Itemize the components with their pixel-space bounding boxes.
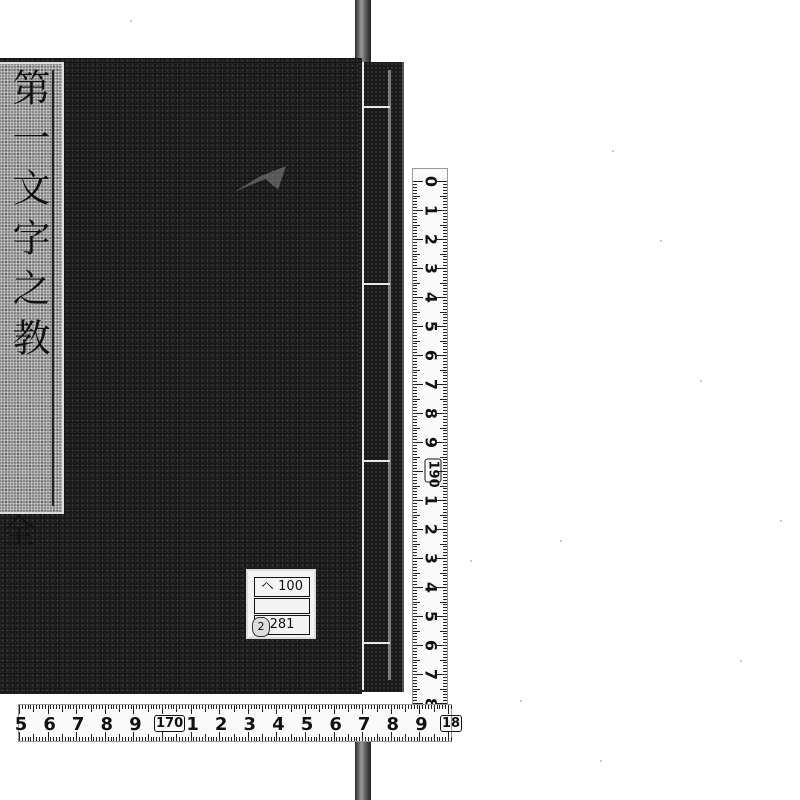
ruler-tick [193,737,194,741]
ruler-tick [413,462,417,463]
ruler-tick [431,737,432,741]
ruler-tick [451,737,452,741]
ruler-tick [443,474,447,475]
ruler-tick [428,705,429,709]
ruler-tick [413,213,417,214]
ruler-tick [314,705,315,709]
ruler-tick [274,737,275,741]
ruler-tick [413,575,417,576]
ruler-tick [443,390,447,391]
ruler-tick [413,262,417,263]
ruler-tick [413,439,417,440]
ruler-tick [413,283,420,284]
ruler-tick [440,660,447,661]
ruler-tick [133,705,134,714]
ruler-tick [156,705,157,709]
ruler-tick [28,705,29,709]
ruler-tick [443,564,447,565]
ruler-tick [413,633,417,634]
ruler-tick [142,737,143,741]
ruler-tick [413,552,417,553]
ruler-tick [413,567,417,568]
ruler-tick [176,705,177,712]
ruler-tick [443,483,447,484]
ruler-tick [443,459,447,460]
ruler-tick [443,416,447,417]
ruler-tick [65,737,66,741]
ruler-tick [413,358,417,359]
ruler-tick [413,422,417,423]
ruler-tick [156,737,157,741]
ruler-tick [33,734,34,741]
ruler-tick [413,689,420,690]
ruler-tick [443,303,447,304]
ruler-tick [105,705,106,714]
ruler-tick [413,256,417,257]
ruler-tick [443,636,447,637]
ruler-tick [108,737,109,741]
ruler-tick [443,332,447,333]
ruler-tick [413,520,417,521]
ruler-tick [443,187,447,188]
ruler-tick [171,737,172,741]
ruler-tick [440,399,447,400]
ruler-tick [413,216,417,217]
ruler-tick [413,483,417,484]
ruler-tick [50,737,51,741]
ruler-tick [443,512,447,513]
ruler-tick [59,737,60,741]
ruler-tick [185,705,186,709]
ruler-tick [413,573,420,574]
ruler-tick [413,581,417,582]
ruler-tick [371,705,372,709]
ruler-tick [443,622,447,623]
ruler-tick [413,306,417,307]
ruler-tick [413,396,417,397]
ruler-label: 8 [97,714,117,735]
ruler-tick [413,436,417,437]
ruler-tick [385,737,386,741]
ruler-tick [443,468,447,469]
ruler-tick [443,477,447,478]
ruler-tick [408,705,409,709]
ruler-tick [443,552,447,553]
ruler-tick [413,541,417,542]
ruler-tick [39,737,40,741]
ruler-tick [440,602,447,603]
ruler-tick [285,705,286,709]
ruler-tick [443,619,447,620]
ruler-tick [162,732,163,741]
ruler-tick [36,737,37,741]
ruler-tick [413,375,417,376]
ruler-tick [413,694,417,695]
ruler-tick [231,737,232,741]
binding-thread-stitch [362,283,390,285]
ruler-tick [148,734,149,741]
ruler-tick [413,352,417,353]
ruler-label: 6 [326,714,346,735]
ruler-tick [345,705,346,709]
ruler-tick [36,705,37,709]
ruler-tick [365,705,366,709]
ruler-tick [116,737,117,741]
paper-fleck [520,700,522,702]
ruler-label: 5 [11,714,31,735]
ruler-tick [22,705,23,709]
ruler-tick [79,705,80,709]
ruler-tick [311,705,312,709]
ruler-tick [413,561,417,562]
ruler-tick [402,705,403,709]
ruler-tick [91,705,92,712]
ruler-tick [443,233,447,234]
ruler-tick [413,370,420,371]
ruler-tick [440,341,447,342]
ruler-tick [443,248,447,249]
ruler-tick [65,705,66,709]
ruler-tick [225,705,226,709]
ruler-tick [413,291,417,292]
ruler-tick [153,705,154,709]
ruler-tick [413,488,417,489]
title-slip: 第一文字之教 全 [0,62,64,514]
ruler-tick [259,737,260,741]
ruler-tick [196,705,197,709]
ruler-tick [413,642,417,643]
ruler-tick [448,705,449,714]
ruler-tick [351,705,352,709]
ruler-tick [30,705,31,709]
ruler-tick [443,274,447,275]
ruler-tick [96,705,97,709]
ruler-tick [325,705,326,709]
ruler-tick [413,697,417,698]
vertical-ruler: 012345678919012345678 [412,168,448,708]
ruler-tick [251,737,252,741]
ruler-tick [443,222,447,223]
ruler-tick [428,737,429,741]
ruler-tick [99,737,100,741]
ruler-tick [397,705,398,709]
ruler-tick [443,285,447,286]
ruler-tick [443,216,447,217]
ruler-tick [76,705,77,714]
ruler-tick [443,526,447,527]
ruler-tick [443,628,447,629]
ruler-tick [259,705,260,709]
ruler-tick [119,705,120,712]
ruler-tick [222,705,223,709]
ruler-tick [440,515,447,516]
ruler-tick [413,312,420,313]
paper-fleck [612,150,614,152]
ruler-label: 4 [268,714,288,735]
ruler-tick [413,538,417,539]
ruler-tick [68,737,69,741]
ruler-tick [388,737,389,741]
ruler-tick [228,705,229,709]
ruler-tick [413,471,423,472]
ruler-tick [53,737,54,741]
ruler-tick [342,705,343,709]
ruler-tick [443,204,447,205]
ruler-tick [443,651,447,652]
ruler-tick [443,193,447,194]
ruler-tick [213,705,214,709]
ruler-tick [413,526,417,527]
ruler-tick [413,364,417,365]
ruler-tick [213,737,214,741]
ruler-tick [413,628,417,629]
ruler-tick [334,705,335,714]
ruler-tick [413,265,417,266]
ruler-tick [82,737,83,741]
ruler-tick [443,401,447,402]
binding-rod-bottom [355,742,371,800]
ruler-tick [271,737,272,741]
ruler-tick [443,433,447,434]
ruler-tick [443,662,447,663]
ruler-tick [443,280,447,281]
ruler-tick [440,457,447,458]
ruler-tick [242,705,243,709]
ruler-label: 7 [422,665,441,685]
ruler-tick [443,219,447,220]
ruler-tick [294,705,295,709]
ruler-tick [56,737,57,741]
ruler-tick [405,705,406,712]
ruler-tick [168,705,169,709]
ruler-tick [342,737,343,741]
ruler-tick [443,410,447,411]
ruler-tick [443,581,447,582]
ruler-tick [413,300,417,301]
ruler-tick [79,737,80,741]
ruler-tick [151,737,152,741]
ruler-label: 6 [422,346,441,366]
ruler-tick [413,410,417,411]
book-spine [358,62,404,692]
ruler-tick [136,737,137,741]
ruler-tick [128,737,129,741]
ruler-tick [443,677,447,678]
ruler-tick [165,737,166,741]
ruler-tick [443,532,447,533]
ruler-tick [325,737,326,741]
ruler-tick [328,737,329,741]
ruler-tick [413,631,420,632]
ruler-tick [443,648,447,649]
ruler-tick [42,737,43,741]
library-stamp-icon: 2 [252,617,270,637]
ruler-tick [279,737,280,741]
ruler-tick [45,705,46,709]
ruler-tick [331,737,332,741]
ruler-label: 3 [422,259,441,279]
ruler-tick [299,705,300,709]
ruler-tick [202,705,203,709]
ruler-tick [122,737,123,741]
ruler-tick [316,705,317,709]
ruler-tick [443,567,447,568]
ruler-tick [443,642,447,643]
ruler-tick [443,445,447,446]
ruler-tick [414,705,415,709]
ruler-tick [173,705,174,709]
ruler-tick [443,491,447,492]
ruler-tick [443,465,447,466]
ruler-tick [413,320,417,321]
ruler-tick [443,494,447,495]
ruler-tick [443,236,447,237]
ruler-tick [82,705,83,709]
ruler-tick [413,610,417,611]
ruler-tick [413,236,417,237]
ruler-tick [339,705,340,709]
ruler-tick [413,506,417,507]
ruler-tick [443,419,447,420]
ruler-tick [159,705,160,709]
ruler-tick [199,737,200,741]
ruler-tick [443,277,447,278]
ruler-tick [276,705,277,714]
ruler-tick [182,737,183,741]
ruler-tick [45,737,46,741]
ruler-tick [413,503,417,504]
ruler-tick [443,575,447,576]
book-title: 第一文字之教 [0,68,52,368]
ruler-tick [413,204,417,205]
ruler-tick [268,737,269,741]
ruler-tick [443,497,447,498]
ruler-tick [413,416,417,417]
ruler-tick [443,358,447,359]
ruler-tick [442,737,443,741]
ruler-tick [413,477,417,478]
ruler-tick [162,705,163,714]
ruler-tick [413,686,417,687]
ruler-tick [413,448,417,449]
ruler-tick [331,705,332,709]
ruler-tick [322,737,323,741]
ruler-tick [136,705,137,709]
ruler-tick [116,705,117,709]
ruler-tick [339,737,340,741]
ruler-tick [413,346,417,347]
ruler-tick [443,184,447,185]
ruler-tick [443,227,447,228]
ruler-tick [56,705,57,709]
ruler-tick [85,705,86,709]
ruler-tick [443,538,447,539]
ruler-tick [236,705,237,709]
ruler-tick [443,262,447,263]
ruler-tick [413,341,420,342]
ruler-tick [19,705,20,714]
ruler-tick [302,705,303,709]
ruler-tick [382,705,383,709]
paper-fleck [700,380,702,382]
ruler-label: 1 [422,491,441,511]
ruler-tick [413,338,417,339]
ruler-label: 5 [422,607,441,627]
ruler-tick [443,593,447,594]
ruler-tick [413,329,417,330]
ruler-tick [368,737,369,741]
ruler-tick [443,367,447,368]
ruler-tick [296,705,297,709]
ruler-tick [191,705,192,714]
ruler-label: 1 [422,201,441,221]
ruler-tick [228,737,229,741]
ruler-tick [443,520,447,521]
ruler-tick [413,349,417,350]
ruler-tick [70,705,71,709]
ruler-tick [102,705,103,709]
ruler-tick [414,737,415,741]
ruler-tick [413,622,417,623]
ruler-tick [413,433,417,434]
ruler-tick [142,705,143,709]
ruler-tick [356,737,357,741]
ruler-tick [443,509,447,510]
ruler-tick [413,497,417,498]
ruler-tick [443,448,447,449]
ruler-tick [437,737,438,741]
ruler-label: 4 [422,288,441,308]
ruler-tick [413,242,417,243]
ruler-tick [188,737,189,741]
ruler-tick [440,573,447,574]
ruler-tick [443,599,447,600]
ruler-tick [440,283,447,284]
ruler-tick [413,219,417,220]
ruler-tick [245,705,246,709]
ruler-tick [443,309,447,310]
ruler-tick [371,737,372,741]
ruler-tick [205,734,206,741]
ruler-tick [336,705,337,709]
ruler-tick [28,737,29,741]
ruler-tick [440,689,447,690]
ruler-tick [413,259,417,260]
ruler-tick [96,737,97,741]
ruler-tick [413,419,417,420]
ruler-tick [443,294,447,295]
ruler-tick [113,737,114,741]
ruler-tick [211,705,212,709]
ruler-tick [365,737,366,741]
ruler-tick [443,451,447,452]
ruler-tick [413,590,417,591]
ruler-tick [451,705,452,709]
ruler-tick [413,254,420,255]
ruler-tick [443,503,447,504]
ruler-tick [413,198,417,199]
ruler-tick [443,271,447,272]
ruler-tick [417,705,418,709]
ruler-tick [73,705,74,709]
ruler-tick [413,367,417,368]
ruler-tick [413,619,417,620]
ruler-tick [413,494,417,495]
ruler-tick [294,737,295,741]
ruler-tick [413,683,417,684]
ruler-tick [359,737,360,741]
ruler-tick [413,654,417,655]
